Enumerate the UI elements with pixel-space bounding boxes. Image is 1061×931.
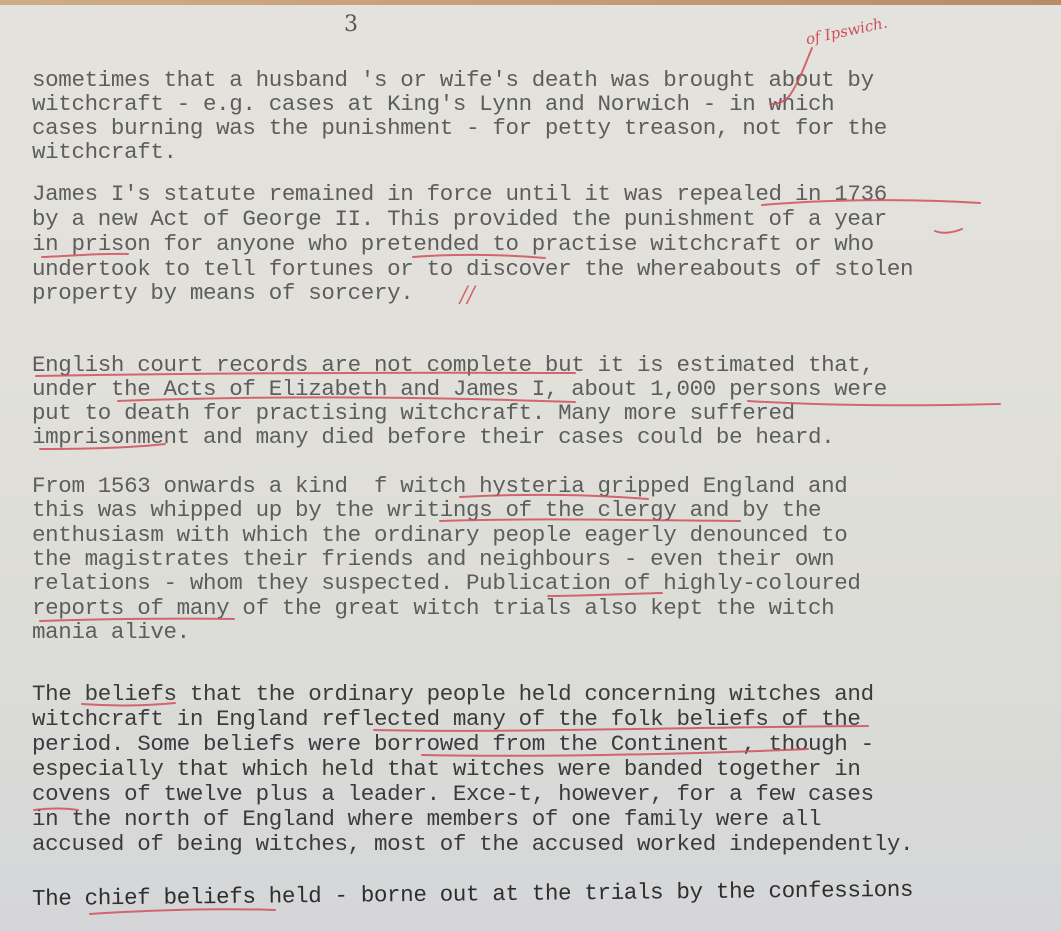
text-line: especially that which held that witches … xyxy=(32,757,861,781)
text-line: property by means of sorcery. xyxy=(32,281,413,305)
text-line: period. Some beliefs were borrowed from … xyxy=(32,732,874,756)
text-line: under the Acts of Elizabeth and James I,… xyxy=(32,377,887,401)
text-line: The beliefs that the ordinary people hel… xyxy=(32,682,874,706)
text-line: enthusiasm with which the ordinary peopl… xyxy=(32,523,847,547)
handwritten-annotation: of Ipswich. xyxy=(804,14,889,49)
text-line: in the north of England where members of… xyxy=(32,807,821,831)
text-line: sometimes that a husband 's or wife's de… xyxy=(32,68,874,92)
text-line: the magistrates their friends and neighb… xyxy=(32,547,834,571)
text-line: witchcraft. xyxy=(32,140,177,164)
text-line: reports of many of the great witch trial… xyxy=(32,596,834,620)
page-number: 3 xyxy=(344,12,358,37)
text-line: this was whipped up by the writings of t… xyxy=(32,498,821,522)
text-line: The chief beliefs held - borne out at th… xyxy=(32,878,913,911)
text-line: cases burning was the punishment - for p… xyxy=(32,116,887,140)
text-line: witchcraft in England reflected many of … xyxy=(32,707,861,731)
end-mark: // xyxy=(458,283,477,308)
text-line: imprisonment and many died before their … xyxy=(32,425,834,449)
text-line: witchcraft - e.g. cases at King's Lynn a… xyxy=(32,92,834,116)
text-line: covens of twelve plus a leader. Exce-t, … xyxy=(32,782,874,806)
text-line: in prison for anyone who pretended to pr… xyxy=(32,232,874,256)
text-line: mania alive. xyxy=(32,620,190,644)
text-line: by a new Act of George II. This provided… xyxy=(32,207,887,231)
text-line: relations - whom they suspected. Publica… xyxy=(32,571,861,595)
text-line: put to death for practising witchcraft. … xyxy=(32,401,795,425)
text-line: English court records are not complete b… xyxy=(32,353,874,377)
page-top-edge xyxy=(0,0,1061,5)
text-line: James I's statute remained in force unti… xyxy=(32,182,887,206)
text-line: undertook to tell fortunes or to discove… xyxy=(32,257,913,281)
text-line: accused of being witches, most of the ac… xyxy=(32,832,913,856)
text-line: From 1563 onwards a kind f witch hysteri… xyxy=(32,474,847,498)
